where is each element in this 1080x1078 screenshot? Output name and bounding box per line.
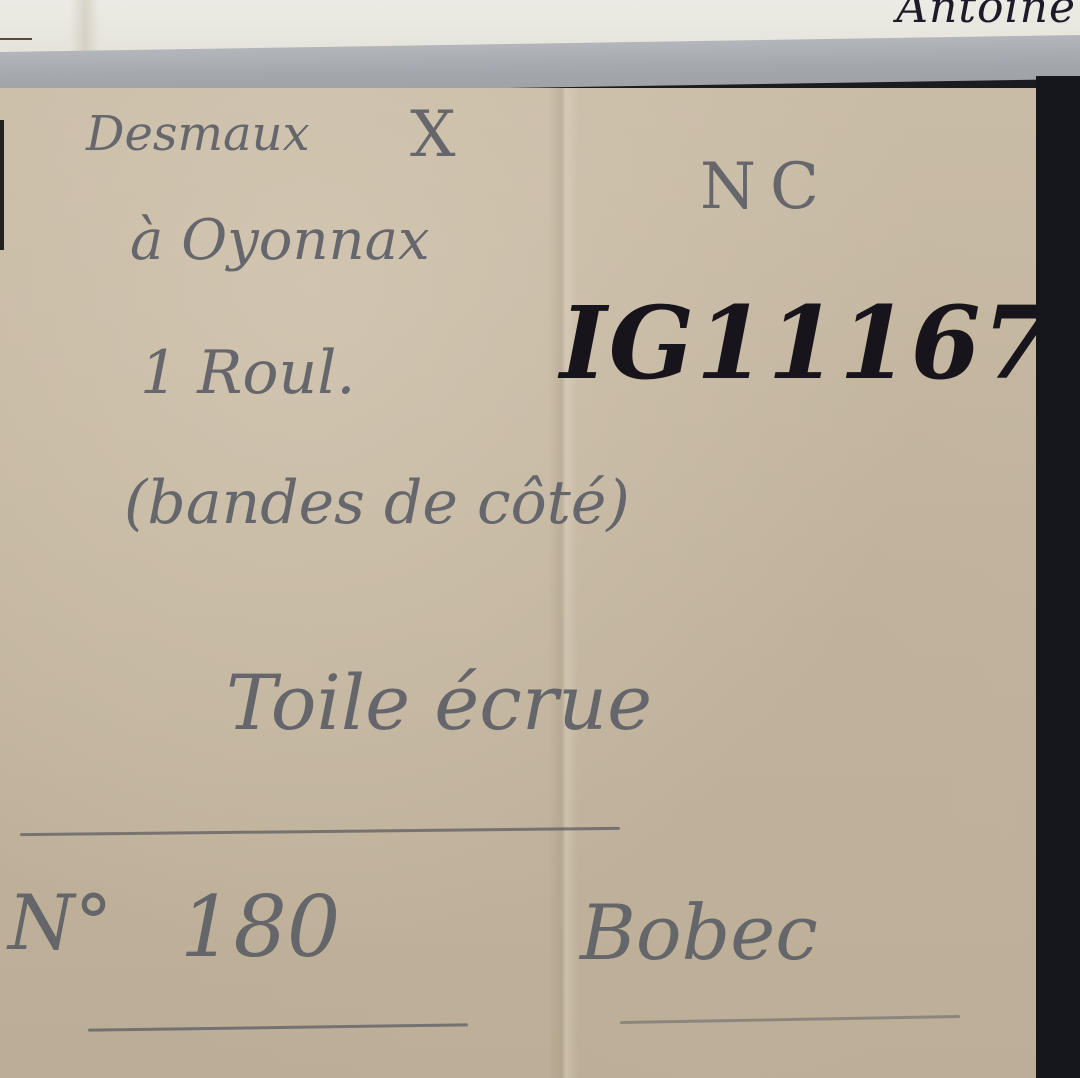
paper-label: Desmaux X à Oyonnax NC 1 Roul. IG11167 (… xyxy=(0,88,1036,1078)
label-line-destination: à Oyonnax xyxy=(130,208,430,273)
label-line-bandes: (bandes de côté) xyxy=(124,468,630,538)
label-reference-ink: IG11167 xyxy=(560,284,1054,402)
label-code-nc: NC xyxy=(700,150,833,224)
label-line-desmaux: Desmaux xyxy=(86,106,310,162)
ink-dash xyxy=(0,38,32,40)
divider-rule-bottom-right xyxy=(620,1015,960,1024)
label-line-roul: 1 Roul. xyxy=(140,338,355,408)
label-line-toile: Toile écrue xyxy=(226,658,652,747)
dark-edge xyxy=(0,120,4,250)
divider-rule-bottom-left xyxy=(88,1023,468,1031)
label-name: Bobec xyxy=(580,888,818,977)
signature-text: Antoine xyxy=(896,0,1076,33)
label-number: 180 xyxy=(180,878,340,976)
label-number-prefix: N° xyxy=(8,878,113,967)
dark-border xyxy=(1036,76,1080,1078)
divider-rule-top xyxy=(20,827,620,836)
label-mark-x: X xyxy=(410,98,456,172)
paper-fold xyxy=(548,88,578,1078)
